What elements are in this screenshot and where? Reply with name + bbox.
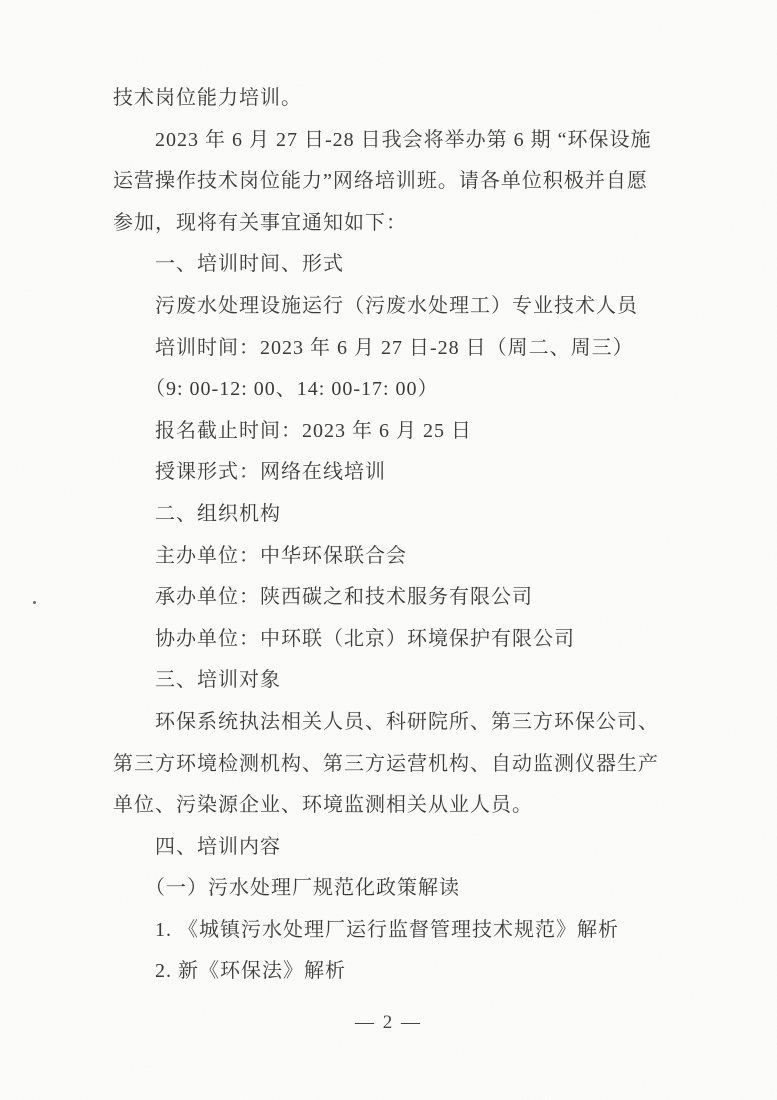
document-line: 2. 新《环保法》解析 [113, 951, 669, 993]
page-number: — 2 — [0, 1012, 777, 1034]
document-line: 1. 《城镇污水处理厂运行监督管理技术规范》解析 [113, 910, 669, 952]
document-body: 技术岗位能力培训。 2023 年 6 月 27 日-28 日我会将举办第 6 期… [113, 78, 669, 993]
document-line: （9: 00-12: 00、14: 00-17: 00） [113, 369, 669, 411]
document-line: 协办单位：中环联（北京）环境保护有限公司 [113, 619, 669, 661]
document-section-heading: 三、培训对象 [113, 660, 669, 702]
document-line: 环保系统执法相关人员、科研院所、第三方环保公司、 [113, 702, 669, 744]
document-line: 参加，现将有关事宜通知如下： [113, 203, 669, 245]
document-section-heading: 一、培训时间、形式 [113, 244, 669, 286]
document-line: 培训时间：2023 年 6 月 27 日-28 日（周二、周三） [113, 328, 669, 370]
document-line: 第三方环境检测机构、第三方运营机构、自动监测仪器生产 [113, 744, 669, 786]
document-line: 主办单位：中华环保联合会 [113, 536, 669, 578]
document-line: 2023 年 6 月 27 日-28 日我会将举办第 6 期 “环保设施 [113, 120, 669, 162]
document-line: 运营操作技术岗位能力”网络培训班。请各单位积极并自愿 [113, 161, 669, 203]
document-line: 污废水处理设施运行（污废水处理工）专业技术人员 [113, 286, 669, 328]
document-line: （一）污水处理厂规范化政策解读 [113, 868, 669, 910]
document-line: 报名截止时间：2023 年 6 月 25 日 [113, 411, 669, 453]
document-line: 承办单位：陕西碳之和技术服务有限公司 [113, 577, 669, 619]
document-line: 单位、污染源企业、环境监测相关从业人员。 [113, 785, 669, 827]
document-line: 授课形式：网络在线培训 [113, 452, 669, 494]
document-section-heading: 二、组织机构 [113, 494, 669, 536]
document-page: 技术岗位能力培训。 2023 年 6 月 27 日-28 日我会将举办第 6 期… [0, 0, 777, 1100]
scan-speck [33, 601, 36, 604]
document-section-heading: 四、培训内容 [113, 827, 669, 869]
document-line: 技术岗位能力培训。 [113, 78, 669, 120]
